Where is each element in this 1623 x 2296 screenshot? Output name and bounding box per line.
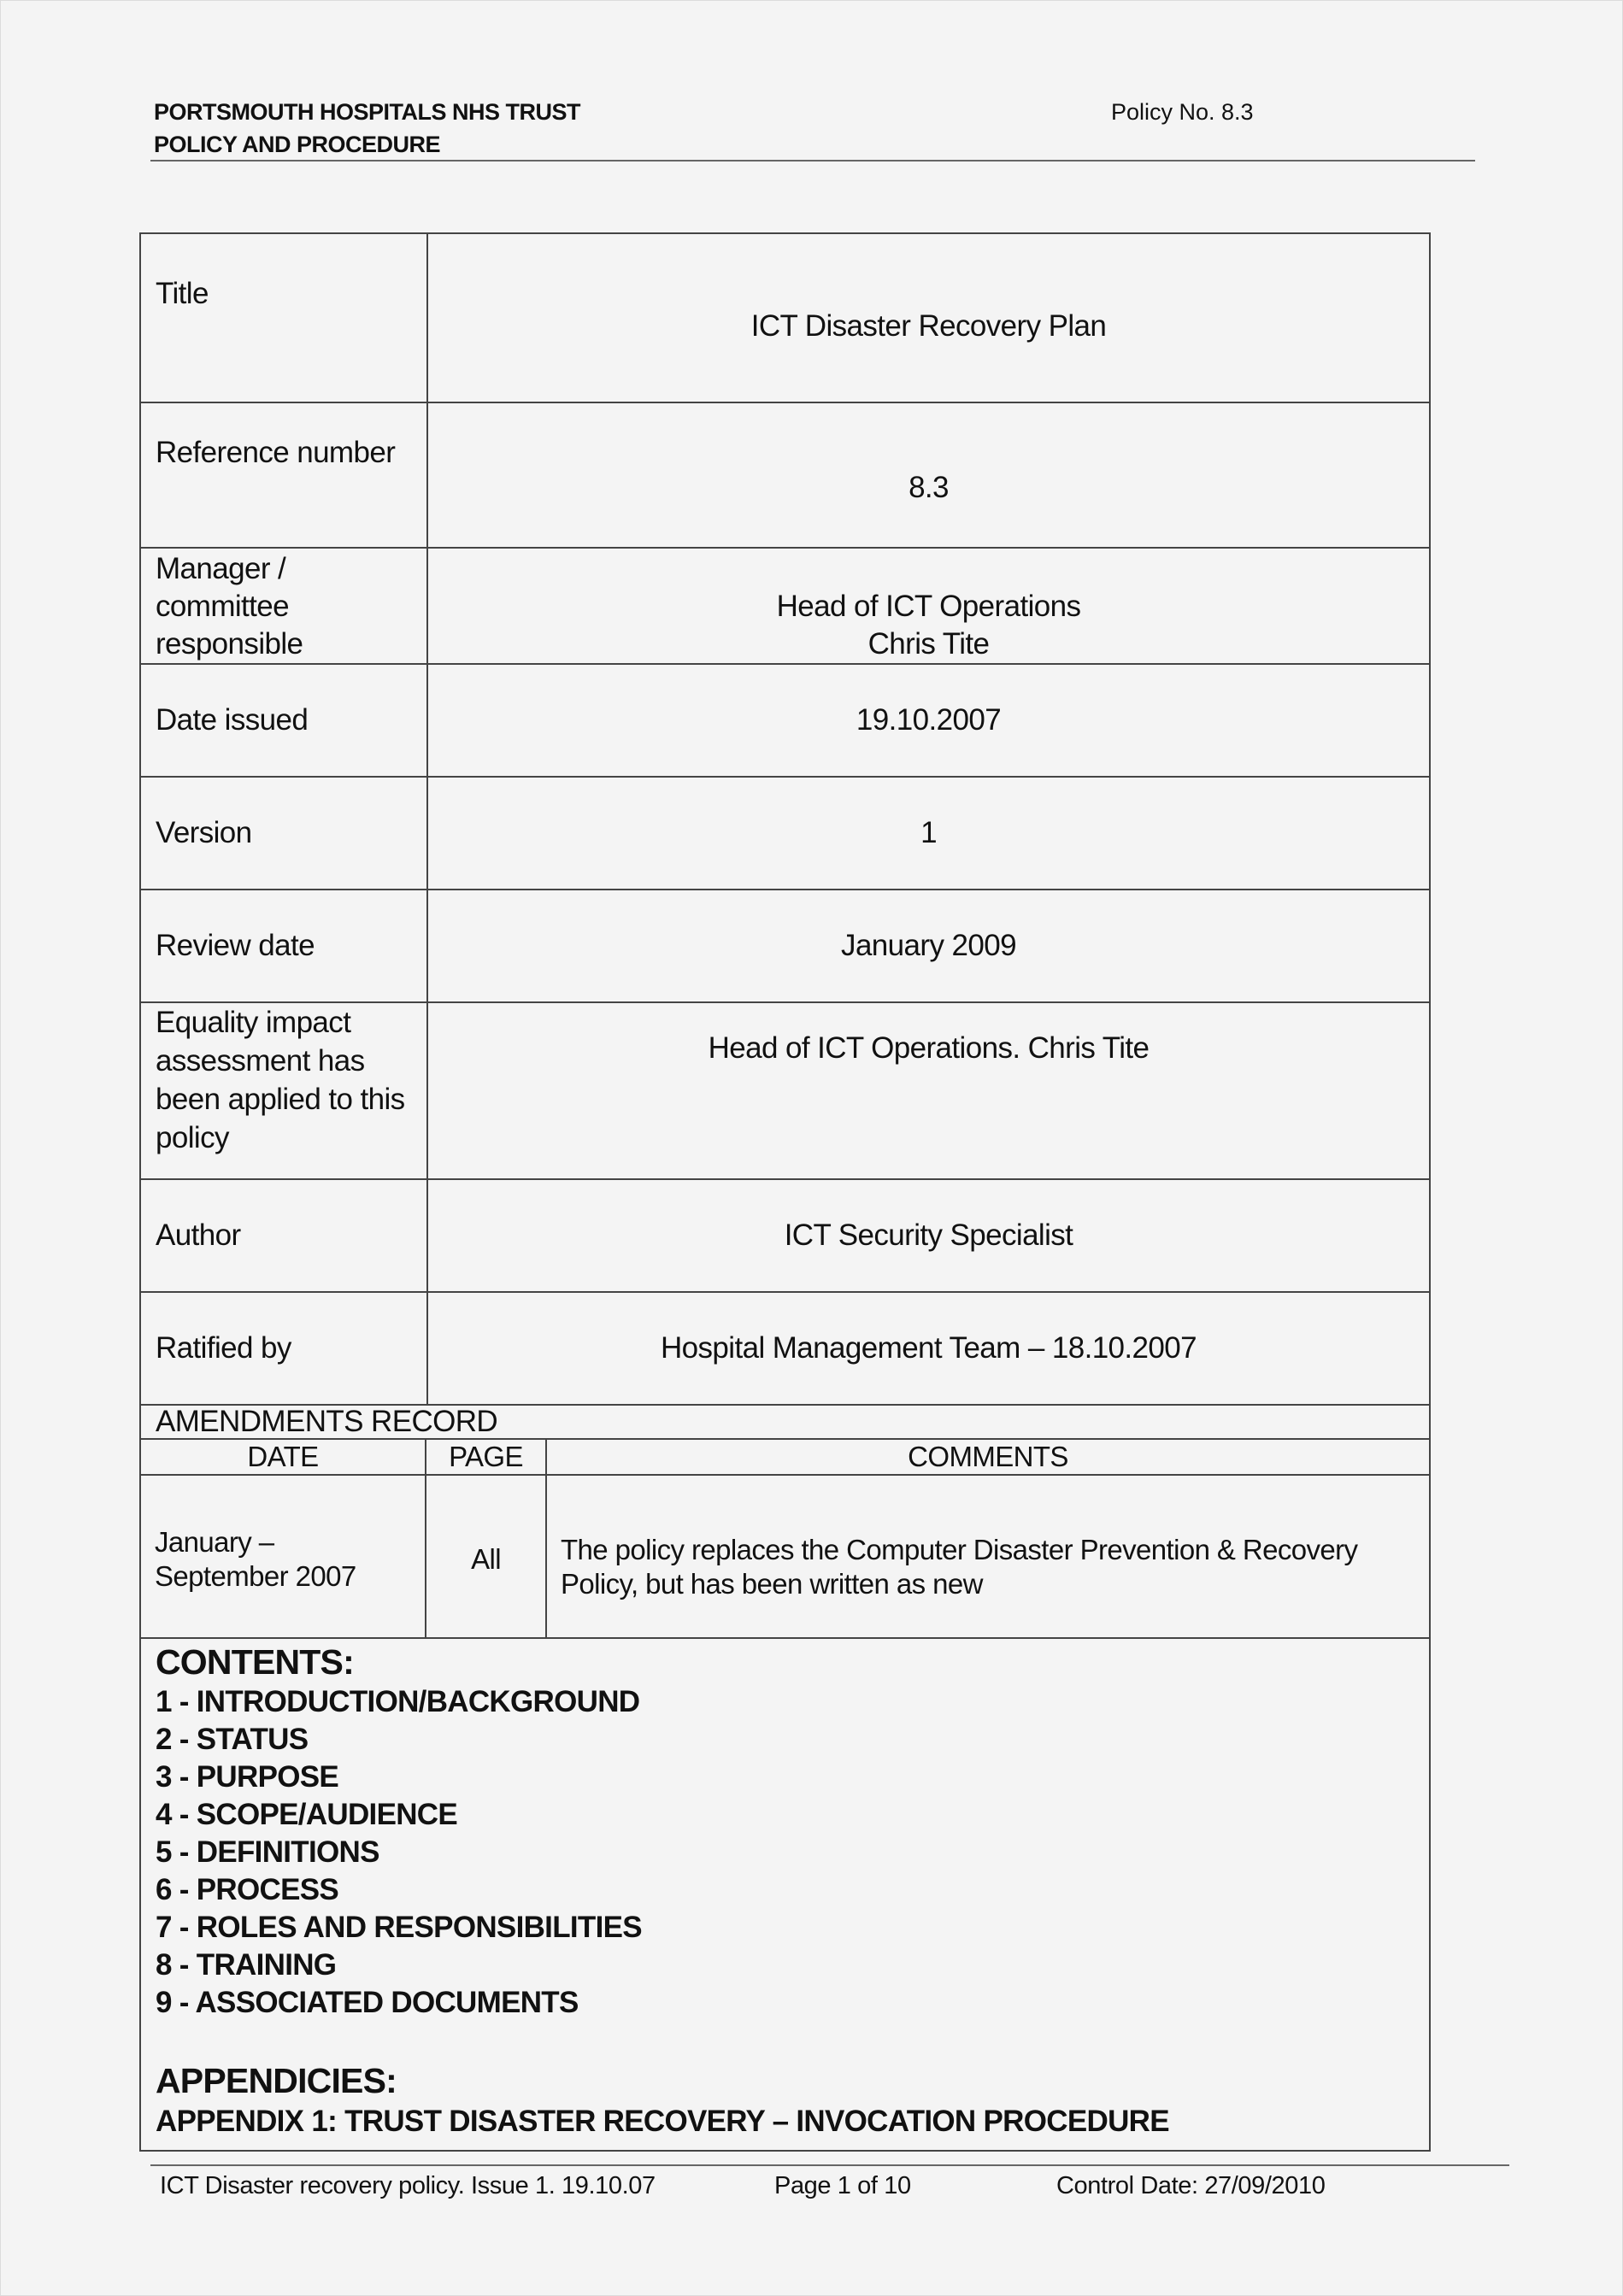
- row-value: Head of ICT Operations Chris Tite: [427, 548, 1430, 664]
- footer-page-number: Page 1 of 10: [774, 2170, 911, 2201]
- contents-row: CONTENTS: 1 - INTRODUCTION/BACKGROUND2 -…: [140, 1638, 1430, 2151]
- table-row: Title ICT Disaster Recovery Plan: [140, 233, 1430, 402]
- table-row: Version 1: [140, 777, 1430, 890]
- row-label: Date issued: [140, 664, 427, 777]
- appendices-list: APPENDIX 1: TRUST DISASTER RECOVERY – IN…: [156, 2102, 1414, 2141]
- row-value: 19.10.2007: [427, 664, 1430, 777]
- table-row: Review date January 2009: [140, 890, 1430, 1002]
- header-divider: [150, 160, 1475, 161]
- table-row: Manager / committee responsible Head of …: [140, 548, 1430, 664]
- row-label: Title: [140, 233, 427, 402]
- table-row: Author ICT Security Specialist: [140, 1179, 1430, 1292]
- contents-item: 9 - ASSOCIATED DOCUMENTS: [156, 1984, 1414, 2022]
- amendment-comments: The policy replaces the Computer Disaste…: [546, 1475, 1429, 1637]
- footer-document-reference: ICT Disaster recovery policy. Issue 1. 1…: [160, 2170, 656, 2201]
- amendments-title: AMENDMENTS RECORD: [140, 1405, 1430, 1439]
- column-header-date: DATE: [141, 1440, 426, 1475]
- contents-list: 1 - INTRODUCTION/BACKGROUND2 - STATUS3 -…: [156, 1683, 1414, 2022]
- amendments-title-row: AMENDMENTS RECORD: [140, 1405, 1430, 1439]
- row-label: Manager / committee responsible: [140, 548, 427, 664]
- row-value: 1: [427, 777, 1430, 890]
- value-line: Head of ICT Operations: [443, 588, 1414, 625]
- row-value: Head of ICT Operations. Chris Tite: [427, 1002, 1430, 1179]
- table-row: Date issued 19.10.2007: [140, 664, 1430, 777]
- amendments-row: DATE PAGE COMMENTS January – September 2…: [140, 1439, 1430, 1638]
- contents-item: 5 - DEFINITIONS: [156, 1834, 1414, 1871]
- organization-name: PORTSMOUTH HOSPITALS NHS TRUST: [154, 96, 580, 128]
- value-line: Chris Tite: [443, 625, 1414, 663]
- footer-divider: [150, 2164, 1509, 2166]
- appendix-item: APPENDIX 1: TRUST DISASTER RECOVERY – IN…: [156, 2102, 1414, 2141]
- row-label: Ratified by: [140, 1292, 427, 1405]
- row-label: Author: [140, 1179, 427, 1292]
- contents-item: 7 - ROLES AND RESPONSIBILITIES: [156, 1909, 1414, 1947]
- contents-section: CONTENTS: 1 - INTRODUCTION/BACKGROUND2 -…: [140, 1638, 1430, 2151]
- appendices-heading: APPENDICIES:: [156, 2059, 1414, 2102]
- amendments-table: DATE PAGE COMMENTS January – September 2…: [141, 1440, 1429, 1637]
- footer-control-date: Control Date: 27/09/2010: [1056, 2170, 1325, 2201]
- row-value: January 2009: [427, 890, 1430, 1002]
- column-header-comments: COMMENTS: [546, 1440, 1429, 1475]
- contents-item: 6 - PROCESS: [156, 1871, 1414, 1909]
- contents-item: 2 - STATUS: [156, 1721, 1414, 1759]
- amendment-date: January – September 2007: [141, 1475, 426, 1637]
- row-label: Version: [140, 777, 427, 890]
- contents-item: 4 - SCOPE/AUDIENCE: [156, 1796, 1414, 1834]
- contents-item: 3 - PURPOSE: [156, 1759, 1414, 1796]
- contents-heading: CONTENTS:: [156, 1641, 1414, 1683]
- contents-item: 1 - INTRODUCTION/BACKGROUND: [156, 1683, 1414, 1721]
- table-row: January – September 2007 All The policy …: [141, 1475, 1429, 1637]
- row-value: ICT Disaster Recovery Plan: [427, 233, 1430, 402]
- table-row: Equality impact assessment has been appl…: [140, 1002, 1430, 1179]
- row-label: Reference number: [140, 402, 427, 548]
- amendment-page: All: [426, 1475, 546, 1637]
- column-header-page: PAGE: [426, 1440, 546, 1475]
- row-value: Hospital Management Team – 18.10.2007: [427, 1292, 1430, 1405]
- row-value: 8.3: [427, 402, 1430, 548]
- row-label: Equality impact assessment has been appl…: [140, 1002, 427, 1179]
- row-value: ICT Security Specialist: [427, 1179, 1430, 1292]
- row-label: Review date: [140, 890, 427, 1002]
- page-header: PORTSMOUTH HOSPITALS NHS TRUST POLICY AN…: [154, 96, 580, 161]
- table-row: Reference number 8.3: [140, 402, 1430, 548]
- document-type: POLICY AND PROCEDURE: [154, 128, 580, 161]
- amendments-container: DATE PAGE COMMENTS January – September 2…: [140, 1439, 1430, 1638]
- policy-details-table: Title ICT Disaster Recovery Plan Referen…: [139, 232, 1431, 2152]
- amendments-header: DATE PAGE COMMENTS: [141, 1440, 1429, 1475]
- policy-number: Policy No. 8.3: [1111, 96, 1254, 128]
- table-row: Ratified by Hospital Management Team – 1…: [140, 1292, 1430, 1405]
- contents-item: 8 - TRAINING: [156, 1947, 1414, 1984]
